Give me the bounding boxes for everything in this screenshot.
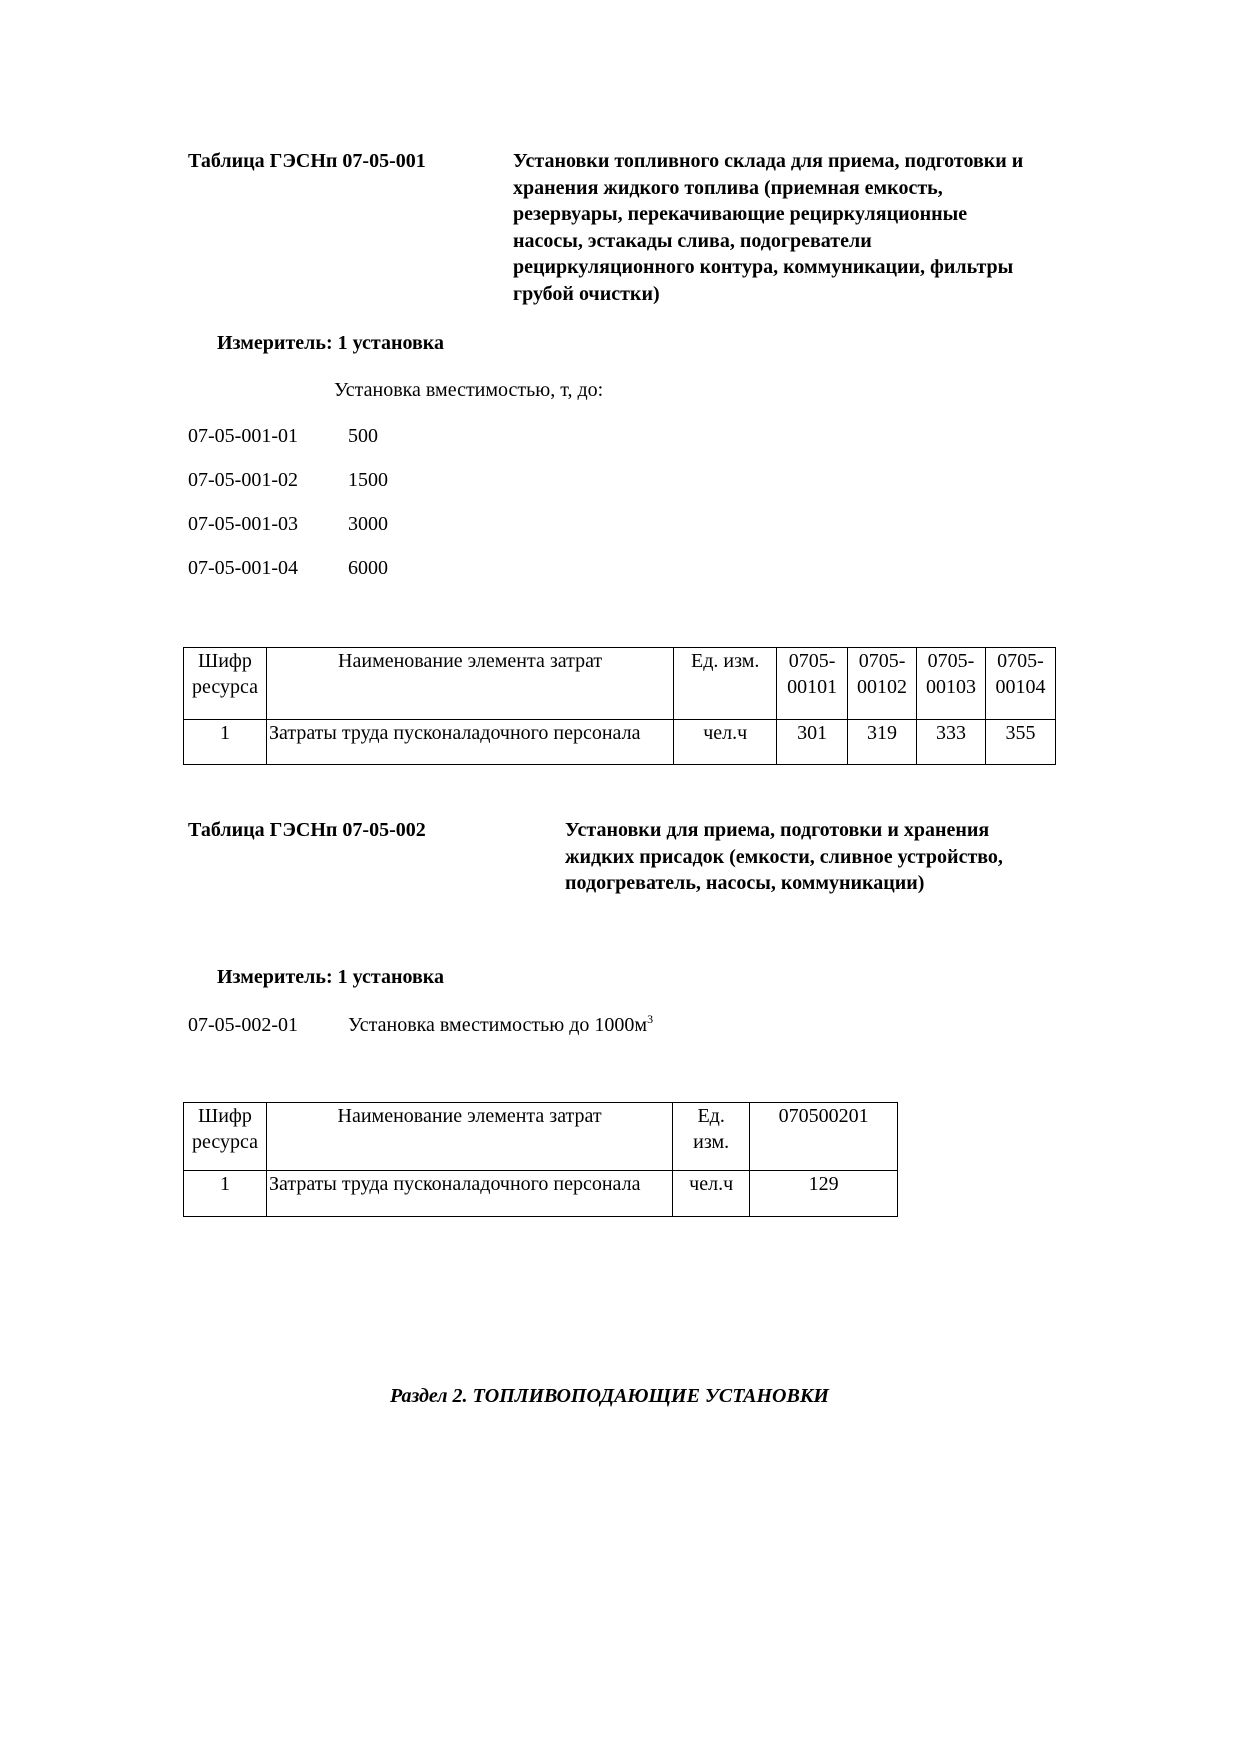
cell-unit: чел.ч (674, 720, 777, 765)
cell-unit: чел.ч (673, 1171, 750, 1217)
header-name: Наименование элемента затрат (266, 648, 673, 720)
section-heading: Раздел 2. ТОПЛИВОПОДАЮЩИЕ УСТАНОВКИ (390, 1385, 829, 1408)
table2-title: Установки для приема, подготовки и хране… (565, 817, 1003, 897)
table1-grid: Шифр ресурса Наименование элемента затра… (183, 647, 1056, 765)
item-value: 6000 (348, 556, 388, 580)
item-code: 07-05-002-01 (188, 1013, 298, 1037)
item-code: 07-05-001-02 (188, 468, 298, 492)
header-code: Шифр ресурса (184, 1103, 267, 1171)
title-line: жидких присадок (емкости, сливное устрой… (565, 844, 1003, 871)
header-code: Шифр ресурса (184, 648, 267, 720)
header-col: 0705- 00104 (985, 648, 1055, 720)
cell-code: 1 (184, 720, 267, 765)
cell-value: 129 (750, 1171, 898, 1217)
table2-measure: Измеритель: 1 установка (217, 964, 444, 991)
table1-label: Таблица ГЭСНп 07-05-001 (188, 148, 426, 175)
cell-name: Затраты труда пусконаладочного персонала (266, 1171, 672, 1217)
title-line: рециркуляционного контура, коммуникации,… (513, 254, 1023, 281)
item-value: Установка вместимостью до 1000м3 (348, 1013, 653, 1037)
table-header-row: Шифр ресурса Наименование элемента затра… (184, 648, 1056, 720)
header-unit: Ед. изм. (674, 648, 777, 720)
table2-label: Таблица ГЭСНп 07-05-002 (188, 817, 426, 844)
cell-code: 1 (184, 1171, 267, 1217)
item-code: 07-05-001-01 (188, 424, 298, 448)
header-unit: Ед. изм. (673, 1103, 750, 1171)
table-row: 1 Затраты труда пусконаладочного персона… (184, 720, 1056, 765)
cell-name: Затраты труда пусконаладочного персонала (266, 720, 673, 765)
header-name: Наименование элемента затрат (266, 1103, 672, 1171)
table-row: 1 Затраты труда пусконаладочного персона… (184, 1171, 898, 1217)
cell-value: 301 (777, 720, 848, 765)
header-col: 0705- 00103 (917, 648, 986, 720)
cell-value: 355 (985, 720, 1055, 765)
title-line: насосы, эстакады слива, подогреватели (513, 228, 1023, 255)
table1-capacity-caption: Установка вместимостью, т, до: (334, 378, 603, 402)
title-line: хранения жидкого топлива (приемная емкос… (513, 175, 1023, 202)
header-col: 0705- 00102 (848, 648, 917, 720)
table1-measure: Измеритель: 1 установка (217, 330, 444, 357)
title-line: Установки топливного склада для приема, … (513, 148, 1023, 175)
title-line: резервуары, перекачивающие рециркуляцион… (513, 201, 1023, 228)
title-line: грубой очистки) (513, 281, 1023, 308)
header-col: 070500201 (750, 1103, 898, 1171)
item-value: 1500 (348, 468, 388, 492)
section-prefix: Раздел 2. (390, 1385, 468, 1407)
title-line: Установки для приема, подготовки и хране… (565, 817, 1003, 844)
item-value: 3000 (348, 512, 388, 536)
section-title: ТОПЛИВОПОДАЮЩИЕ УСТАНОВКИ (473, 1385, 829, 1407)
table1-title: Установки топливного склада для приема, … (513, 148, 1023, 307)
item-code: 07-05-001-03 (188, 512, 298, 536)
table-header-row: Шифр ресурса Наименование элемента затра… (184, 1103, 898, 1171)
title-line: подогреватель, насосы, коммуникации) (565, 870, 1003, 897)
table2-grid: Шифр ресурса Наименование элемента затра… (183, 1102, 898, 1217)
cell-value: 319 (848, 720, 917, 765)
header-col: 0705- 00101 (777, 648, 848, 720)
item-value: 500 (348, 424, 378, 448)
item-code: 07-05-001-04 (188, 556, 298, 580)
cell-value: 333 (917, 720, 986, 765)
